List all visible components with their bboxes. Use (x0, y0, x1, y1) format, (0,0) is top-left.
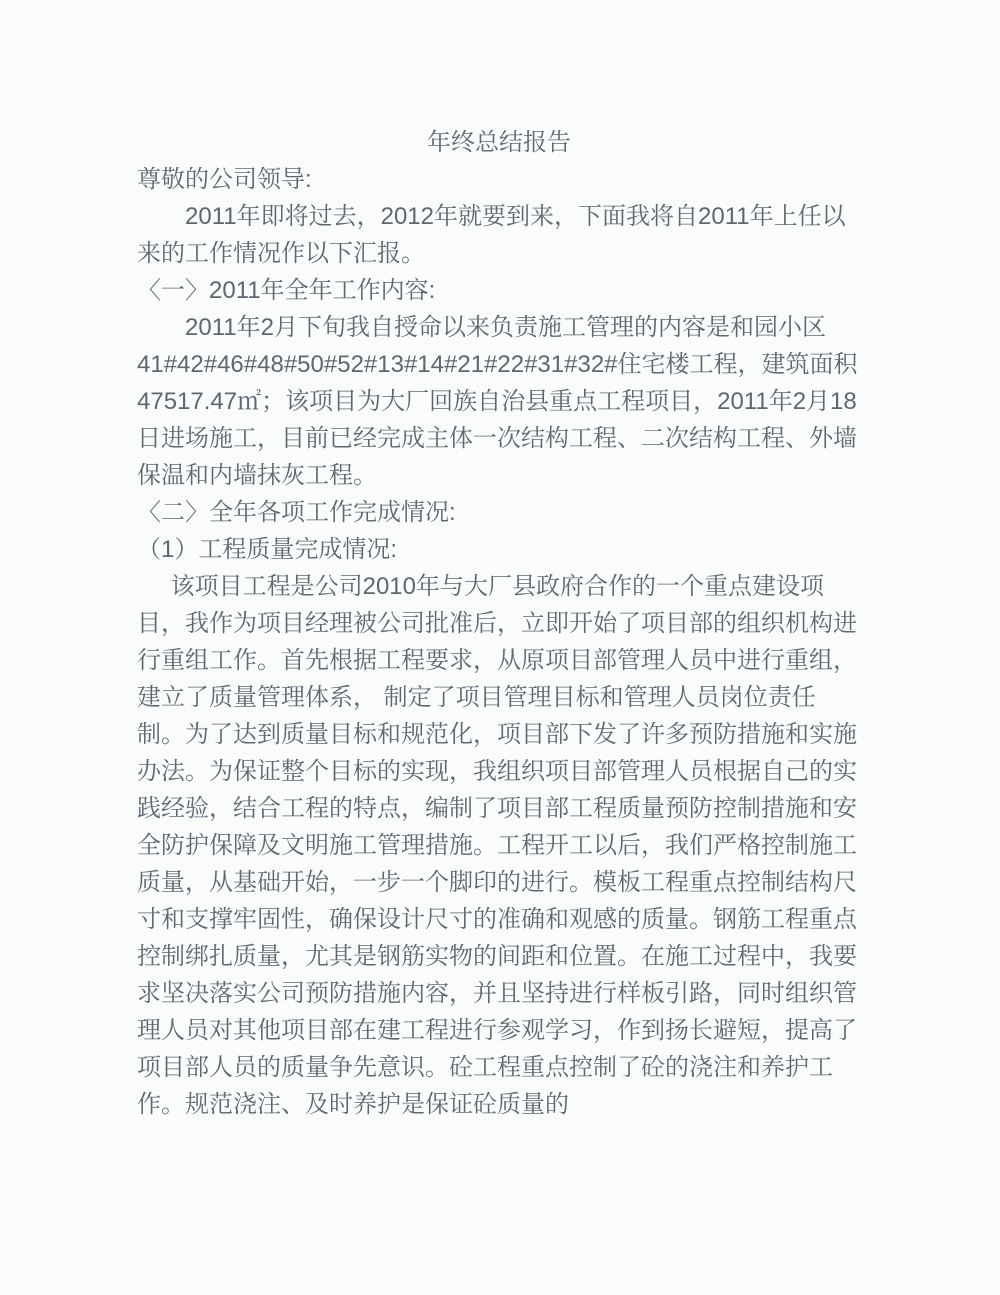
section-heading-2: 〈二〉全年各项工作完成情况: (137, 494, 861, 531)
document-body: 年终总结报告 尊敬的公司领导: 2011年即将过去，2012年就要到来，下面我将… (137, 124, 861, 1123)
paragraph-intro: 2011年即将过去，2012年就要到来，下面我将自2011年上任以来的工作情况作… (137, 198, 861, 272)
document-title: 年终总结报告 (137, 124, 861, 161)
paragraph-quality-report: 该项目工程是公司2010年与大厂县政府合作的一个重点建设项目，我作为项目经理被公… (137, 568, 861, 1123)
subsection-heading-quality: （1）工程质量完成情况: (137, 531, 861, 568)
document-canvas: { "page": { "background_color": "#fafbfb… (0, 0, 1000, 1295)
section-heading-1: 〈一〉2011年全年工作内容: (137, 272, 861, 309)
paragraph-project-overview: 2011年2月下旬我自授命以来负责施工管理的内容是和园小区41#42#46#48… (137, 309, 861, 494)
paragraph-salutation: 尊敬的公司领导: (137, 161, 861, 198)
